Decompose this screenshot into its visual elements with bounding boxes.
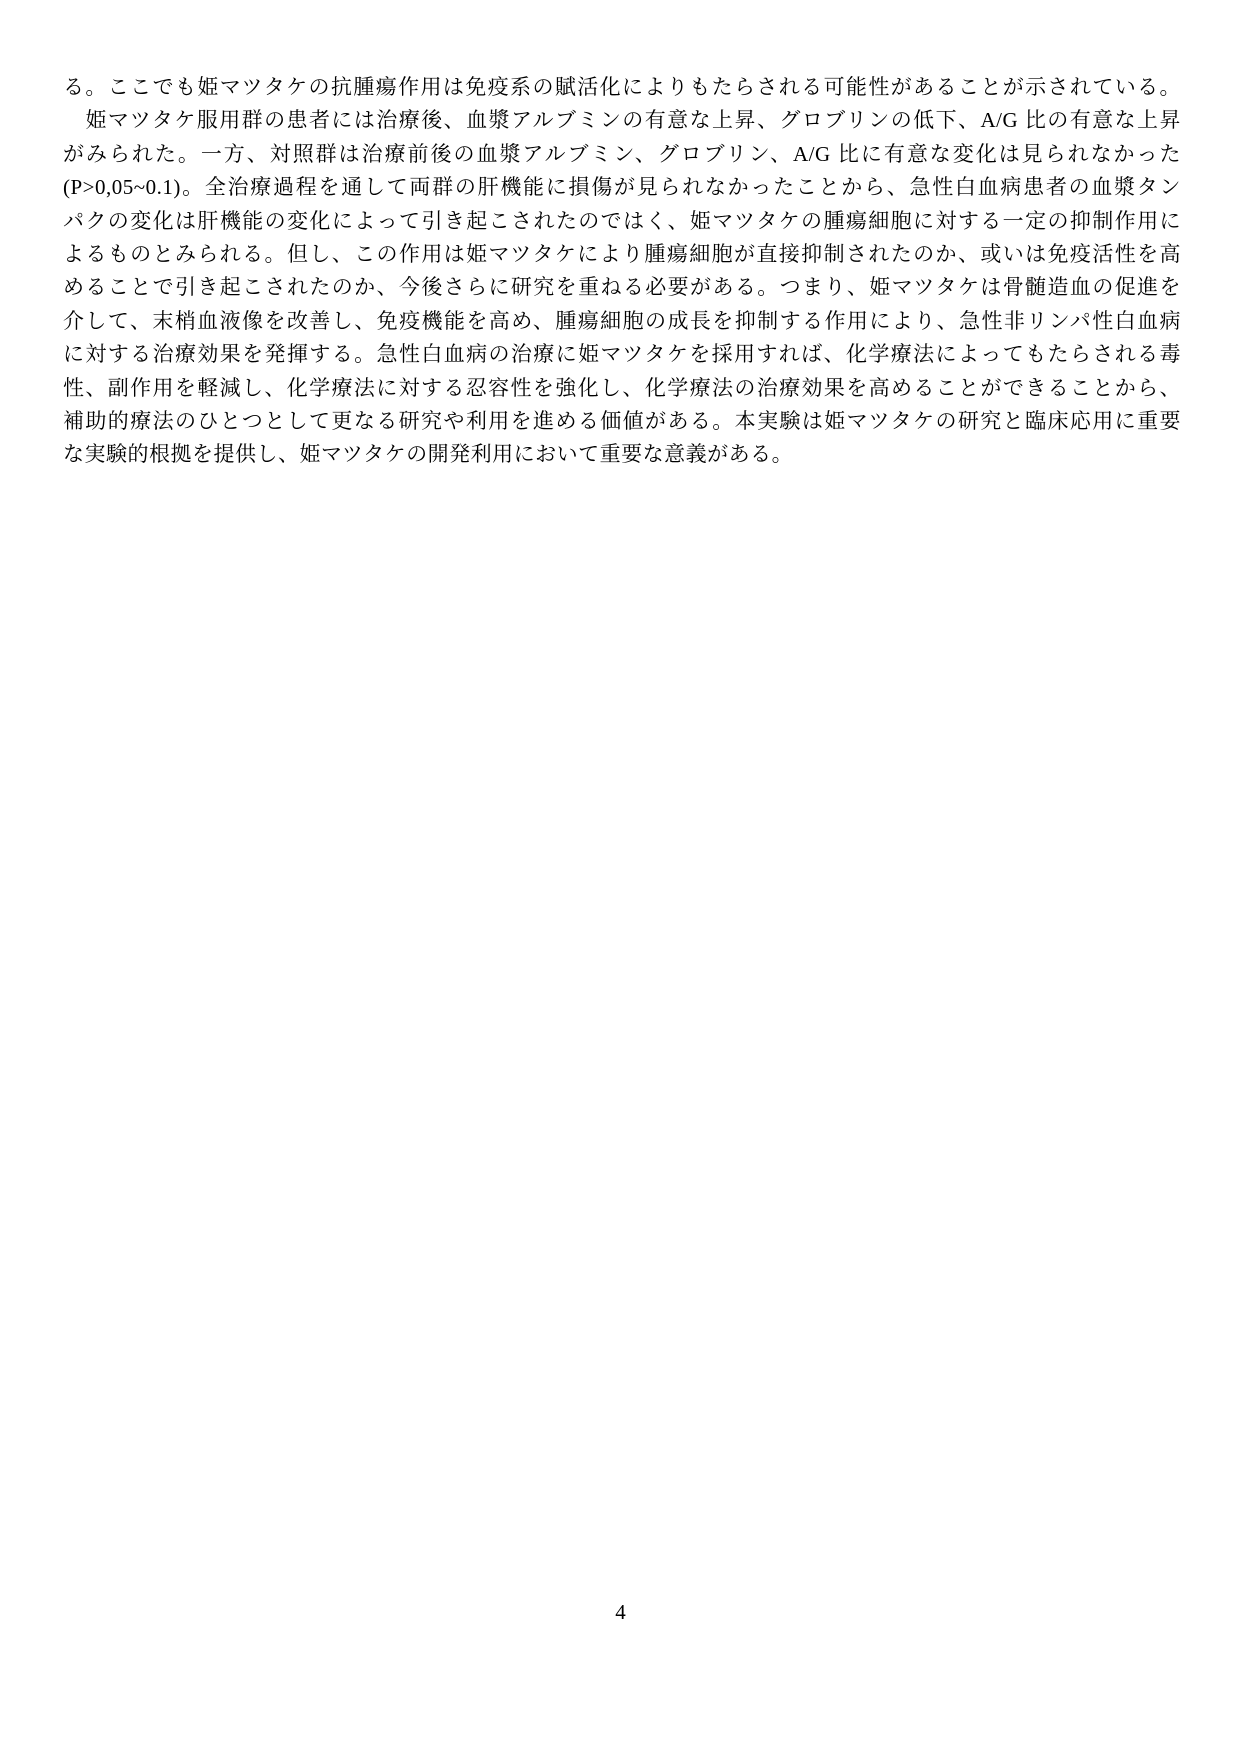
text-line: な実験的根拠を提供し、姫マツタケの開発利用において重要な意義がある。 [63, 438, 1181, 471]
document-page: る。ここでも姫マツタケの抗腫瘍作用は免疫系の賦活化によりもたらされる可能性がある… [0, 0, 1241, 1754]
text-line: る。ここでも姫マツタケの抗腫瘍作用は免疫系の賦活化によりもたらされる可能性がある… [63, 71, 1181, 104]
page-number: 4 [0, 1597, 1241, 1627]
text-line: に対する治療効果を発揮する。急性白血病の治療に姫マツタケを採用すれば、化学療法に… [63, 338, 1181, 371]
text-line: 介して、末梢血液像を改善し、免疫機能を高め、腫瘍細胞の成長を抑制する作用により、… [63, 305, 1181, 338]
text-line: めることで引き起こされたのか、今後さらに研究を重ねる必要がある。つまり、姫マツタ… [63, 271, 1181, 304]
text-line: 補助的療法のひとつとして更なる研究や利用を進める価値がある。本実験は姫マツタケの… [63, 405, 1181, 438]
text-line: がみられた。一方、対照群は治療前後の血漿アルブミン、グロブリン、A/G 比に有意… [63, 138, 1181, 171]
text-line: 姫マツタケ服用群の患者には治療後、血漿アルブミンの有意な上昇、グロブリンの低下、… [63, 104, 1181, 137]
text-line: 性、副作用を軽減し、化学療法に対する忍容性を強化し、化学療法の治療効果を高めるこ… [63, 372, 1181, 405]
text-line: よるものとみられる。但し、この作用は姫マツタケにより腫瘍細胞が直接抑制されたのか… [63, 238, 1181, 271]
text-line: パクの変化は肝機能の変化によって引き起こされたのではく、姫マツタケの腫瘍細胞に対… [63, 205, 1181, 238]
body-text: る。ここでも姫マツタケの抗腫瘍作用は免疫系の賦活化によりもたらされる可能性がある… [63, 71, 1181, 472]
text-line: (P>0,05~0.1)。全治療過程を通して両群の肝機能に損傷が見られなかったこ… [63, 171, 1181, 204]
